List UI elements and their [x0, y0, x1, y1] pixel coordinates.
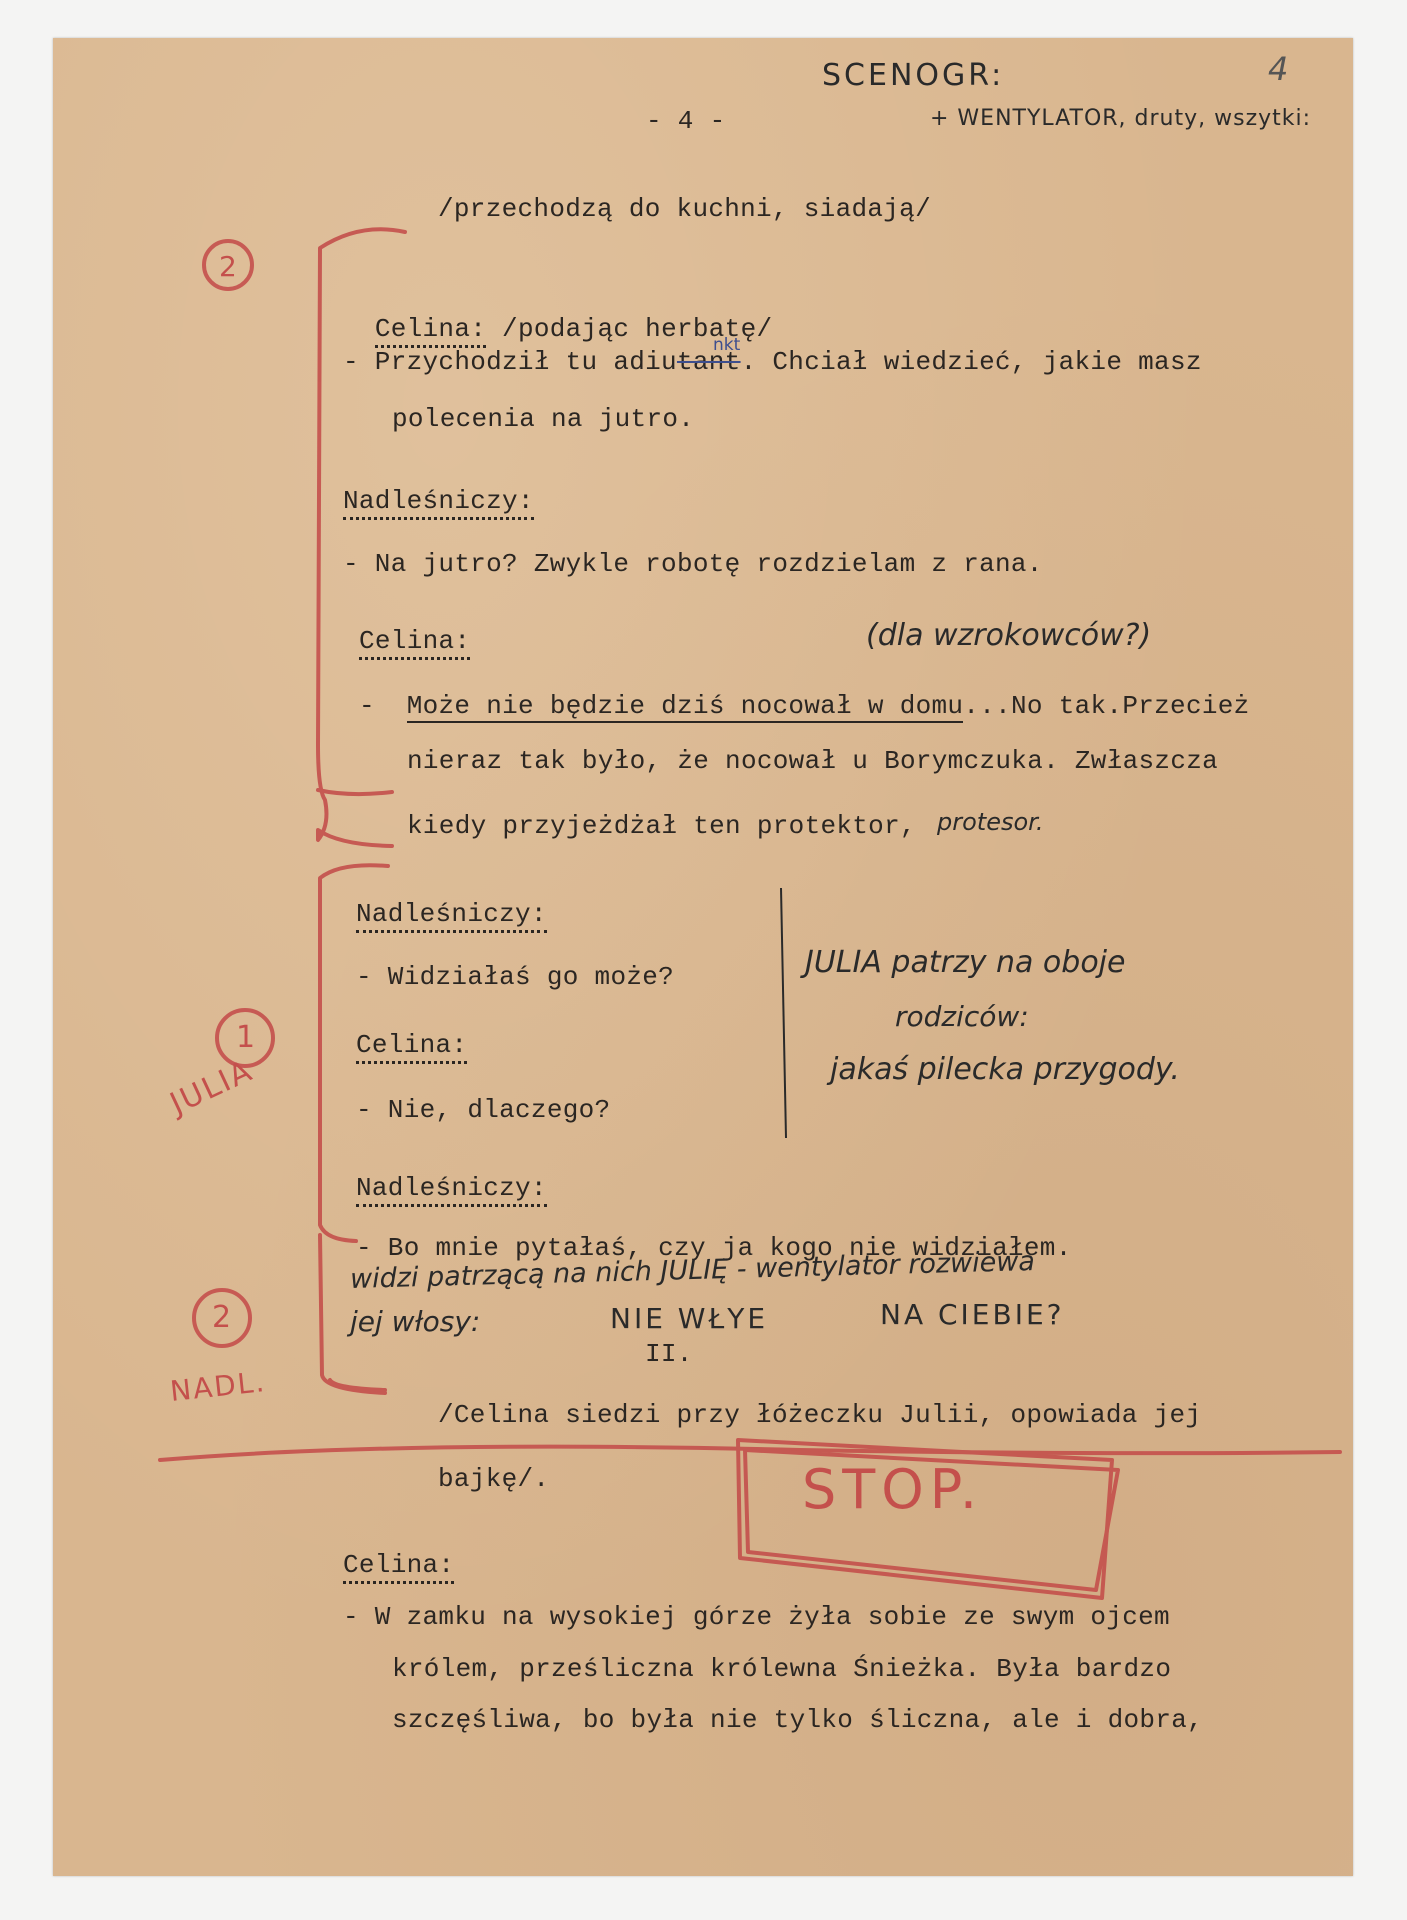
speaker-name: Celina: [375, 314, 486, 348]
dialogue-text-part: ...No tak.Przecież [963, 691, 1249, 721]
stop-label: STOP. [802, 1458, 983, 1521]
struck-text: tant [677, 347, 741, 377]
dialogue-text: - Nie, dlaczego? [356, 1095, 610, 1125]
dialogue-text-part: . Chciał wiedzieć, jakie masz [741, 347, 1202, 377]
dialogue-continuation: polecenia na jutro. [392, 404, 694, 434]
speaker-name: Celina: [343, 1550, 454, 1584]
speaker-name: Celina: [359, 626, 470, 660]
speaker-name: Celina: [356, 1030, 467, 1064]
scenography-label: SCENOGR: [822, 58, 1004, 93]
dialogue-text: - Przychodził tu adiutant. Chciał wiedzi… [343, 347, 1202, 377]
stage-direction: bajkę/. [438, 1464, 549, 1494]
scenography-items: + WENTYLATOR, druty, wszytki: [930, 106, 1311, 131]
corner-mark: 4 [1268, 50, 1288, 88]
underlined-text: Może nie będzie dziś nocował w domu [407, 691, 964, 723]
dialogue-text: - Widziałaś go może? [356, 962, 674, 992]
side-note-line: JULIA patrzy na oboje [805, 945, 1125, 980]
dialogue-text: - W zamku na wysokiej górze żyła sobie z… [343, 1602, 1170, 1632]
margin-note: (dla wzrokowców?) [866, 618, 1151, 653]
speaker-name: Nadleśniczy: [343, 486, 534, 520]
red-marker-2: 2 [219, 250, 239, 283]
section-number: II. [645, 1339, 693, 1369]
speaker-name: Nadleśniczy: [356, 1173, 547, 1207]
dialogue-line: Celina: [343, 1550, 454, 1580]
bottom-note-line: jej włosy: [350, 1305, 480, 1338]
dialogue-line: Nadleśniczy: [343, 486, 534, 516]
dialogue-continuation: królem, prześliczna królewna Śnieżka. By… [392, 1654, 1171, 1684]
dash: - [359, 691, 375, 721]
dialogue-continuation: nieraz tak było, że nocował u Borymczuka… [407, 746, 1218, 776]
dialogue-line: Nadleśniczy: [356, 1173, 547, 1203]
bottom-note-caps: NA CIEBIE? [880, 1298, 1065, 1331]
dialogue-continuation: szczęśliwa, bo była nie tylko śliczna, a… [392, 1705, 1203, 1735]
side-note-line: rodziców: [895, 1000, 1029, 1033]
dialogue-line: Celina: [359, 626, 470, 656]
stage-direction: /Celina siedzi przy łóżeczku Julii, opow… [438, 1400, 1201, 1430]
page-number: - 4 - [646, 106, 726, 136]
speaker-name: Nadleśniczy: [356, 899, 547, 933]
red-marker-1: 1 [236, 1020, 257, 1055]
bottom-note-caps: NIE WŁYE [610, 1302, 768, 1335]
side-note-line: jakaś pilecka przygody. [830, 1052, 1180, 1087]
dialogue-line: Nadleśniczy: [356, 899, 547, 929]
dialogue-text: - Może nie będzie dziś nocował w domu...… [359, 691, 1250, 721]
red-marker-2-lower: 2 [212, 1300, 233, 1335]
stage-direction: /przechodzą do kuchni, siadają/ [438, 194, 931, 224]
dialogue-continuation: kiedy przyjeżdżał ten protektor, [407, 811, 916, 841]
dialogue-line: Celina: [356, 1030, 467, 1060]
dialogue-text-part: - Przychodził tu adiu [343, 347, 677, 377]
dialogue-text: - Na jutro? Zwykle robotę rozdzielam z r… [343, 549, 1043, 579]
handwritten-correction: protesor. [937, 808, 1043, 836]
dialogue-line: Celina: /podając herbatę/ [343, 284, 772, 344]
